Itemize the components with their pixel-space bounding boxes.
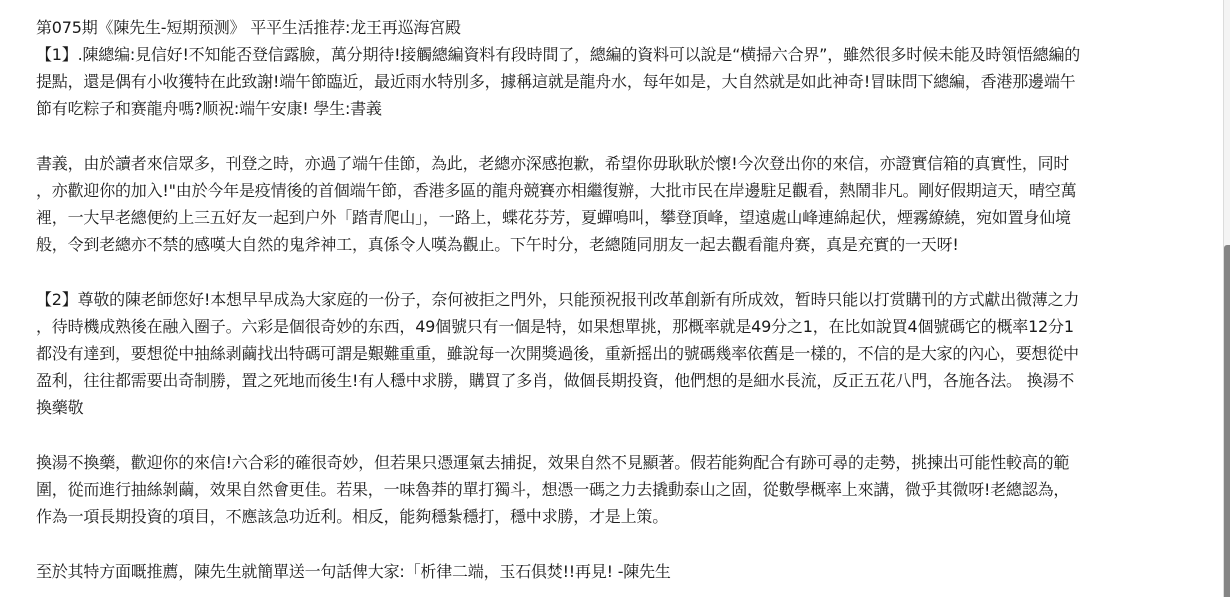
closing-recommendation: 至於其特方面嘅推薦，陳先生就簡單送一句話俾大家:「析律二端，玉石俱焚!!再見! … — [36, 558, 1208, 585]
text-line: 圍，從而進行抽絲剝繭，效果自然會更佳。若果，一味魯莽的單打獨斗，想憑一碼之力去撬… — [36, 476, 1208, 503]
text-line: 般，令到老總亦不禁的感嘆大自然的鬼斧神工，真係令人嘆為觀止。下午时分，老總随同朋… — [36, 231, 1208, 258]
letter-1: 【1】.陳總编:見信好!不知能否登信露臉，萬分期待!接觸總編資料有段時間了，總編… — [36, 41, 1208, 122]
paragraph-gap — [36, 122, 1208, 150]
letter-2: 【2】尊敬的陳老師您好!本想早早成為大家庭的一份子，奈何被拒之門外，只能预祝报刊… — [36, 286, 1208, 421]
text-line: 節有吃粽子和赛龍舟嗎?顺祝:端午安康! 學生:書義 — [36, 95, 1208, 122]
text-line: 【1】.陳總编:見信好!不知能否登信露臉，萬分期待!接觸總編資料有段時間了，總編… — [36, 41, 1208, 68]
text-line: 提點，還是偶有小收獲特在此致謝!端午節臨近，最近雨水特別多，據稱這就是龍舟水，每… — [36, 68, 1208, 95]
text-line: 盈利，往往都需要出奇制勝，置之死地而後生!有人穩中求勝，購買了多肖，做個長期投資… — [36, 367, 1208, 394]
article-body: 第075期《陳先生-短期预测》 平平生活推荐:龙王再巡海宮殿 【1】.陳總编:見… — [36, 14, 1208, 585]
text-line: 作為一項長期投資的項目，不應該急功近利。相反，能夠穩紮穩打，穩中求勝，才是上策。 — [36, 503, 1208, 530]
reply-1: 書義，由於讀者來信眾多，刊登之時，亦過了端午佳節，為此，老總亦深感抱歉，希望你毋… — [36, 150, 1208, 258]
text-line: ，亦歡迎你的加入!"由於今年是疫情後的首個端午節，香港多區的龍舟競賽亦相繼復辦，… — [36, 177, 1208, 204]
paragraph-gap — [36, 421, 1208, 449]
text-line: 裡，一大早老總便約上三五好友一起到户外「踏青爬山」，一路上，蝶花芬芳，夏蟬鳴叫，… — [36, 204, 1208, 231]
article-title: 第075期《陳先生-短期预测》 平平生活推荐:龙王再巡海宮殿 — [36, 14, 1208, 41]
text-line: ，待時機成熟後在融入圈子。六彩是個很奇妙的东西，49個號只有一個是特，如果想單挑… — [36, 313, 1208, 340]
text-line: 【2】尊敬的陳老師您好!本想早早成為大家庭的一份子，奈何被拒之門外，只能预祝报刊… — [36, 286, 1208, 313]
text-line: 換湯不換藥，歡迎你的來信!六合彩的確很奇妙，但若果只憑運氣去捕捉，效果自然不見顯… — [36, 449, 1208, 476]
text-line: 換藥敬 — [36, 394, 1208, 421]
paragraph-gap — [36, 258, 1208, 286]
text-line: 書義，由於讀者來信眾多，刊登之時，亦過了端午佳節，為此，老總亦深感抱歉，希望你毋… — [36, 150, 1208, 177]
reply-2: 換湯不換藥，歡迎你的來信!六合彩的確很奇妙，但若果只憑運氣去捕捉，效果自然不見顯… — [36, 449, 1208, 530]
paragraph-gap — [36, 530, 1208, 558]
text-line: 都没有達到，要想從中抽絲剥繭找出特碼可謂是艱難重重，雖說每一次開獎過後，重新摇出… — [36, 340, 1208, 367]
vertical-scrollbar-thumb[interactable] — [1224, 245, 1230, 597]
text-line: 至於其特方面嘅推薦，陳先生就簡單送一句話俾大家:「析律二端，玉石俱焚!!再見! … — [36, 558, 1208, 585]
